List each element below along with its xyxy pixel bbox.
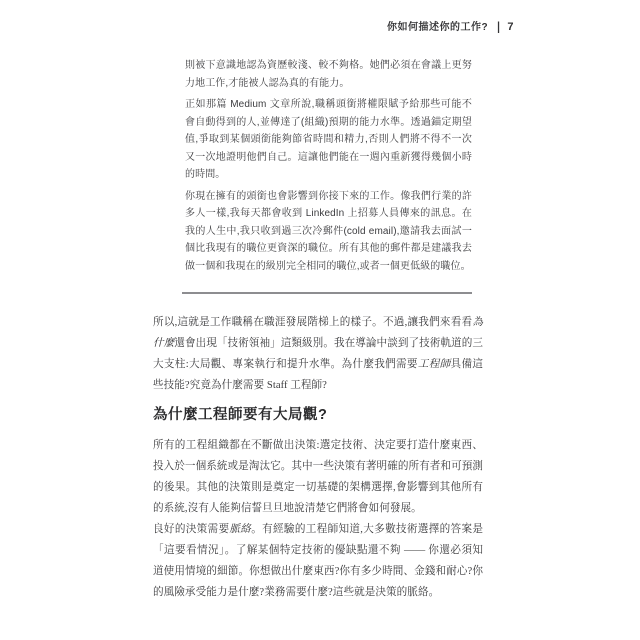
emphasis-text: 脈絡 <box>229 524 251 535</box>
section-divider-rule <box>182 292 472 294</box>
section-heading: 為什麼工程師要有大局觀? <box>153 405 483 425</box>
running-title: 你如何描述你的工作? <box>387 22 488 33</box>
emphasis-text: 工程師 <box>418 359 451 370</box>
quote-paragraph-1: 則被下意識地認為資歷較淺、較不夠格。她們必須在會議上更努力地工作,才能被人認為真… <box>185 57 472 92</box>
book-page: 你如何描述你的工作?|7 則被下意識地認為資歷較淺、較不夠格。她們必須在會議上更… <box>0 0 640 640</box>
body-paragraph-intro: 所以,這就是工作職稱在職涯發展階梯上的樣子。不過,讓我們來看看為什麼還會出現「技… <box>153 312 483 396</box>
quote-block: 則被下意識地認為資歷較淺、較不夠格。她們必須在會議上更努力地工作,才能被人認為真… <box>185 57 472 275</box>
header-separator-bar: | <box>497 20 500 36</box>
page-header: 你如何描述你的工作?|7 <box>387 20 514 35</box>
quote-paragraph-3: 你現在擁有的頭銜也會影響到你接下來的工作。像我們行業的許多人一樣,我每天都會收到… <box>185 188 472 276</box>
body-paragraph-decisions: 所有的工程組織都在不斷做出決策:選定技術、決定要打造什麼東西、投入於一個系統或是… <box>153 435 483 519</box>
body-paragraph-context: 良好的決策需要脈絡。有經驗的工程師知道,大多數技術選擇的答案是「這要看情況」。了… <box>153 519 483 603</box>
quote-paragraph-2: 正如那篇 Medium 文章所說,職稱頭銜將權限賦予給那些可能不會自動得到的人,… <box>185 96 472 184</box>
page-number: 7 <box>507 21 514 33</box>
main-body: 所以,這就是工作職稱在職涯發展階梯上的樣子。不過,讓我們來看看為什麼還會出現「技… <box>153 312 483 603</box>
